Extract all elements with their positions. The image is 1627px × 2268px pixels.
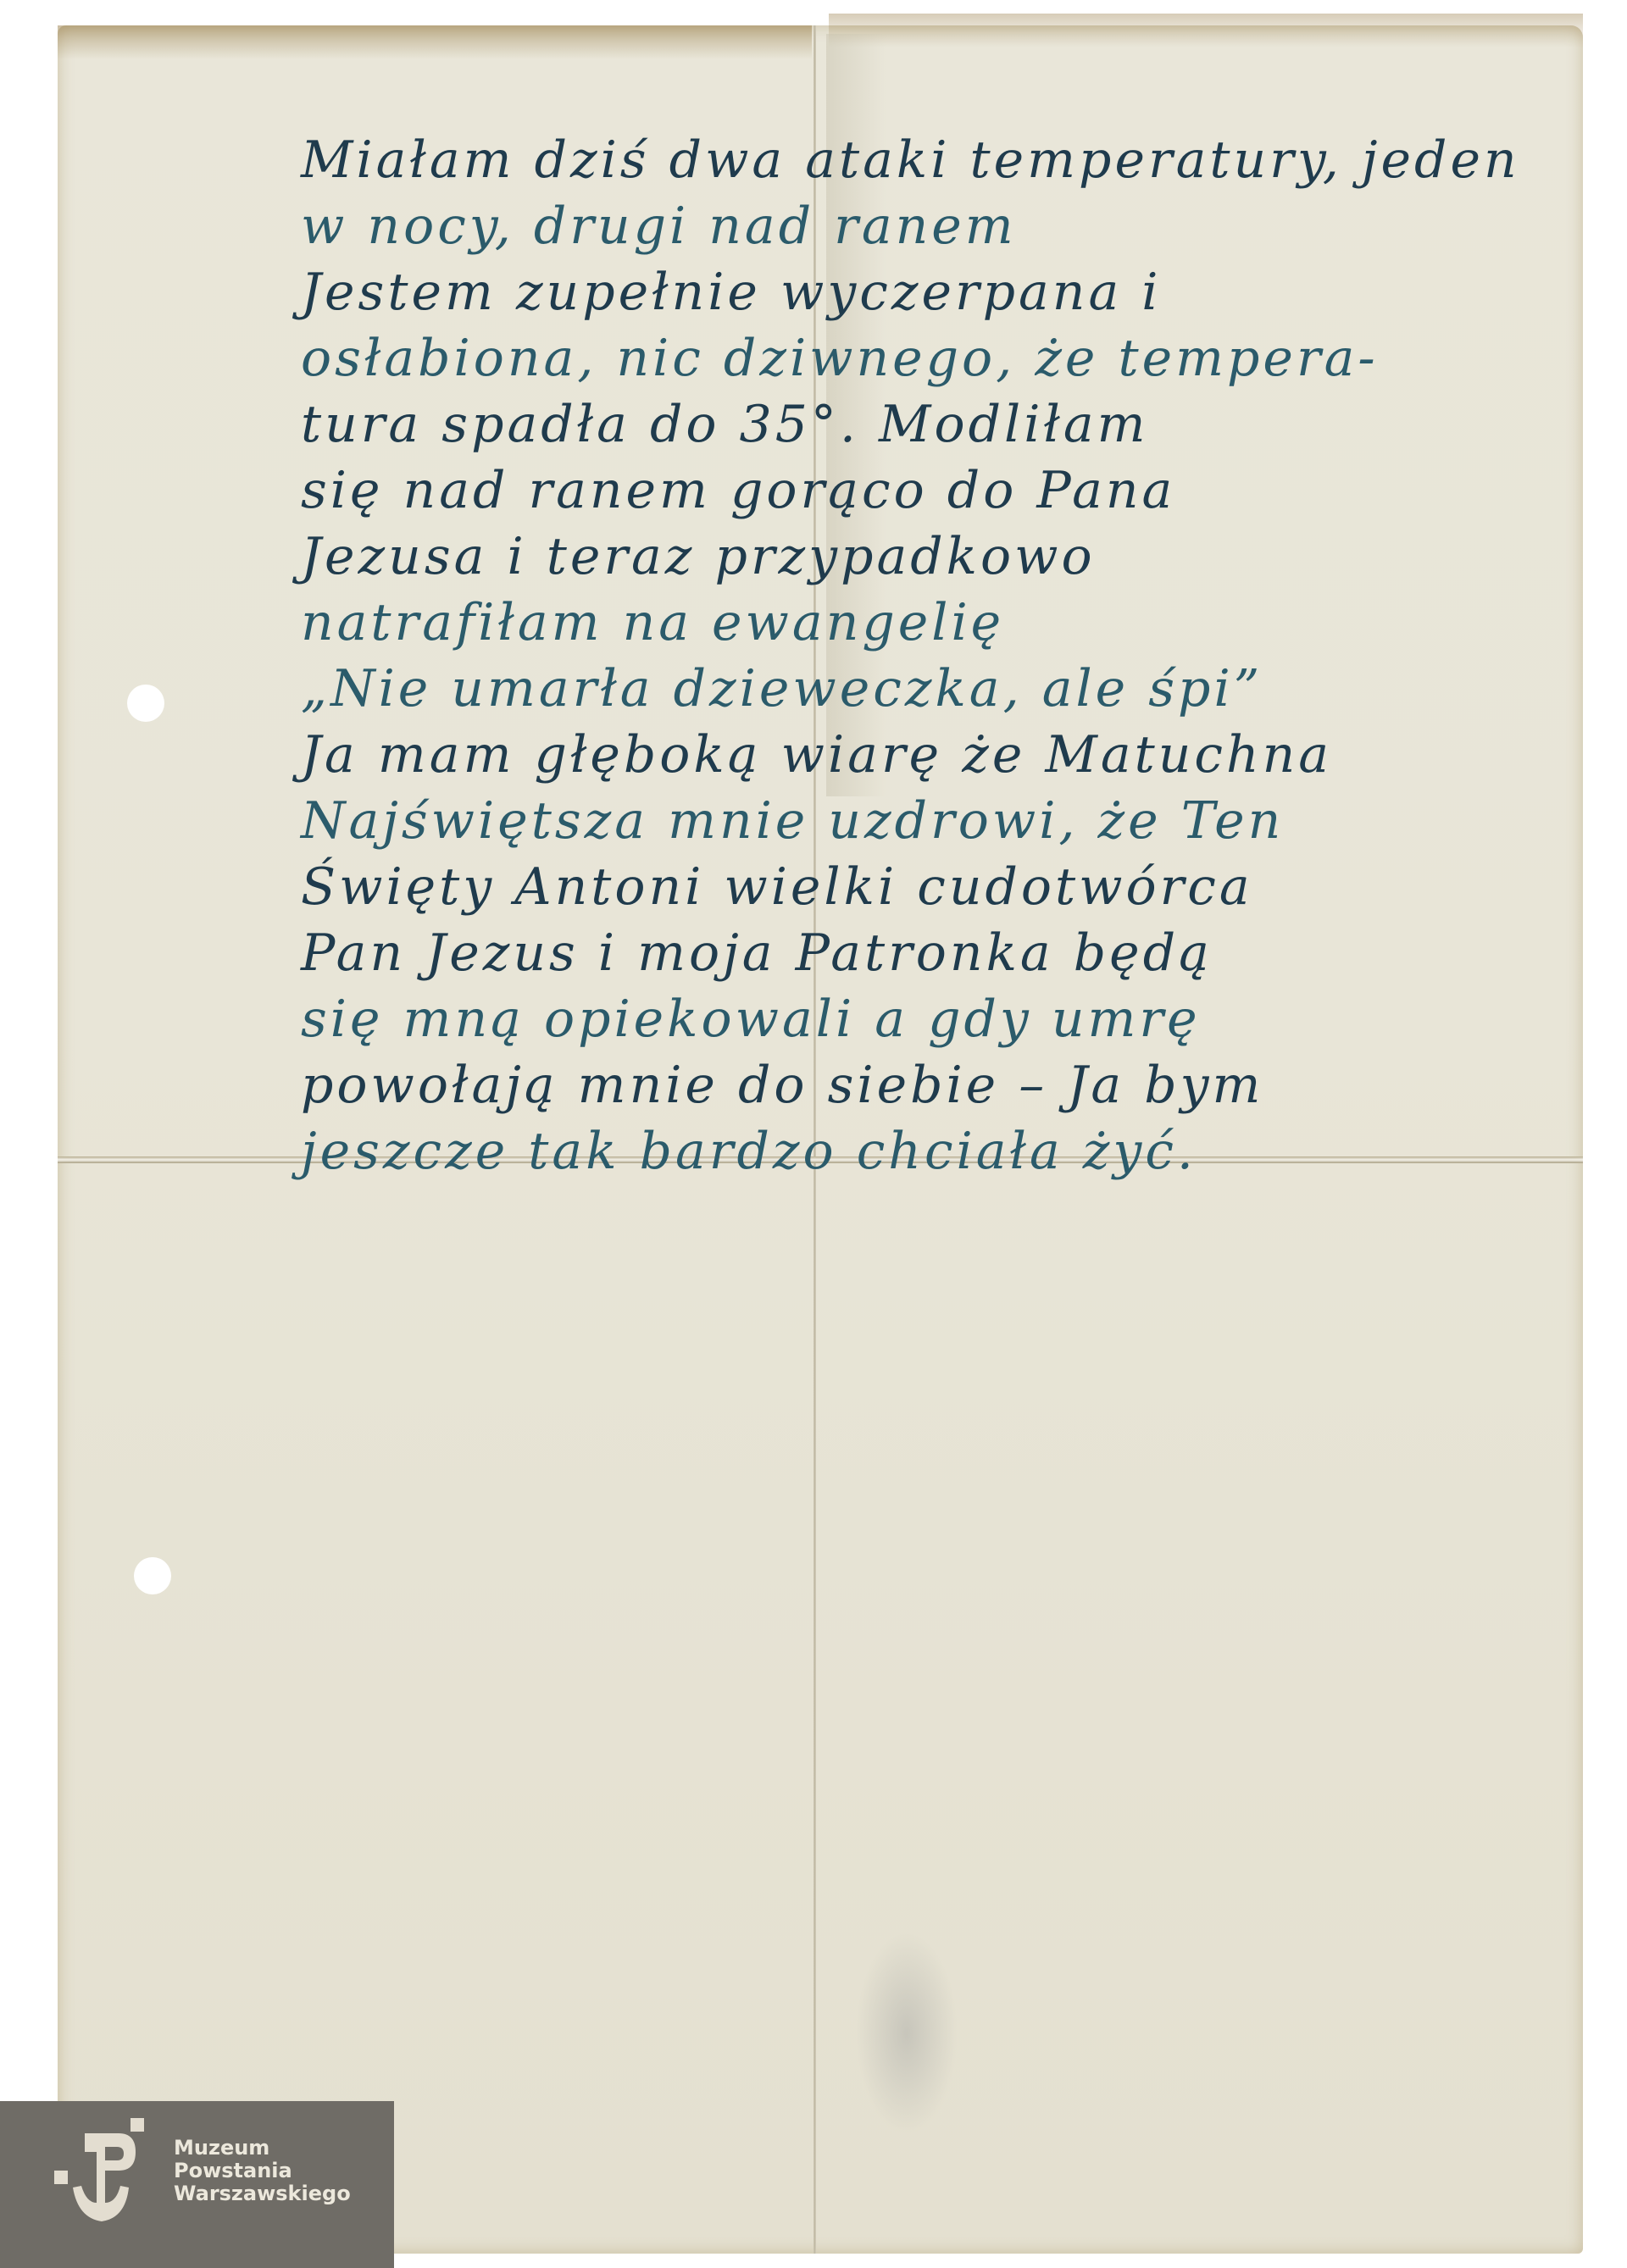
- text-line: Ja mam głęboką wiarę że Matuchna: [301, 722, 1572, 788]
- text-line: natrafiłam na ewangelię: [301, 590, 1572, 656]
- text-line: w nocy, drugi nad ranem: [301, 193, 1572, 259]
- handwritten-text: Miałam dziś dwa ataki temperatury, jeden…: [301, 127, 1572, 1184]
- text-line: Jestem zupełnie wyczerpana i: [301, 259, 1572, 325]
- text-line: tura spadła do 35°. Modliłam: [301, 391, 1572, 457]
- text-line: Najświętsza mnie uzdrowi, że Ten: [301, 788, 1572, 854]
- museum-name-line3: Warszawskiego: [174, 2182, 351, 2205]
- museum-name-line1: Muzeum: [174, 2137, 351, 2160]
- text-line: powołają mnie do siebie – Ja bym: [301, 1052, 1572, 1118]
- text-line: się nad ranem gorąco do Pana: [301, 457, 1572, 524]
- kotwica-anchor-icon: [53, 2118, 146, 2224]
- text-line: Święty Antoni wielki cudotwórca: [301, 854, 1572, 920]
- museum-name-line2: Powstania: [174, 2160, 351, 2182]
- text-line: Jezusa i teraz przypadkowo: [301, 524, 1572, 590]
- paper-stain-edge: [829, 14, 1583, 47]
- punch-hole: [134, 1557, 171, 1594]
- text-line: jeszcze tak bardzo chciała żyć.: [301, 1118, 1572, 1184]
- museum-name: Muzeum Powstania Warszawskiego: [174, 2137, 351, 2205]
- text-line: „Nie umarła dzieweczka, ale śpi”: [301, 656, 1572, 722]
- text-line: osłabiona, nic dziwnego, że tempera-: [301, 325, 1572, 391]
- text-line: się mną opiekowali a gdy umrę: [301, 986, 1572, 1052]
- text-line: Miałam dziś dwa ataki temperatury, jeden: [301, 127, 1572, 193]
- paper-stain: [856, 1932, 958, 2135]
- text-line: Pan Jezus i moja Patronka będą: [301, 920, 1572, 986]
- punch-hole: [127, 685, 164, 722]
- paper-stain-edge: [58, 25, 812, 59]
